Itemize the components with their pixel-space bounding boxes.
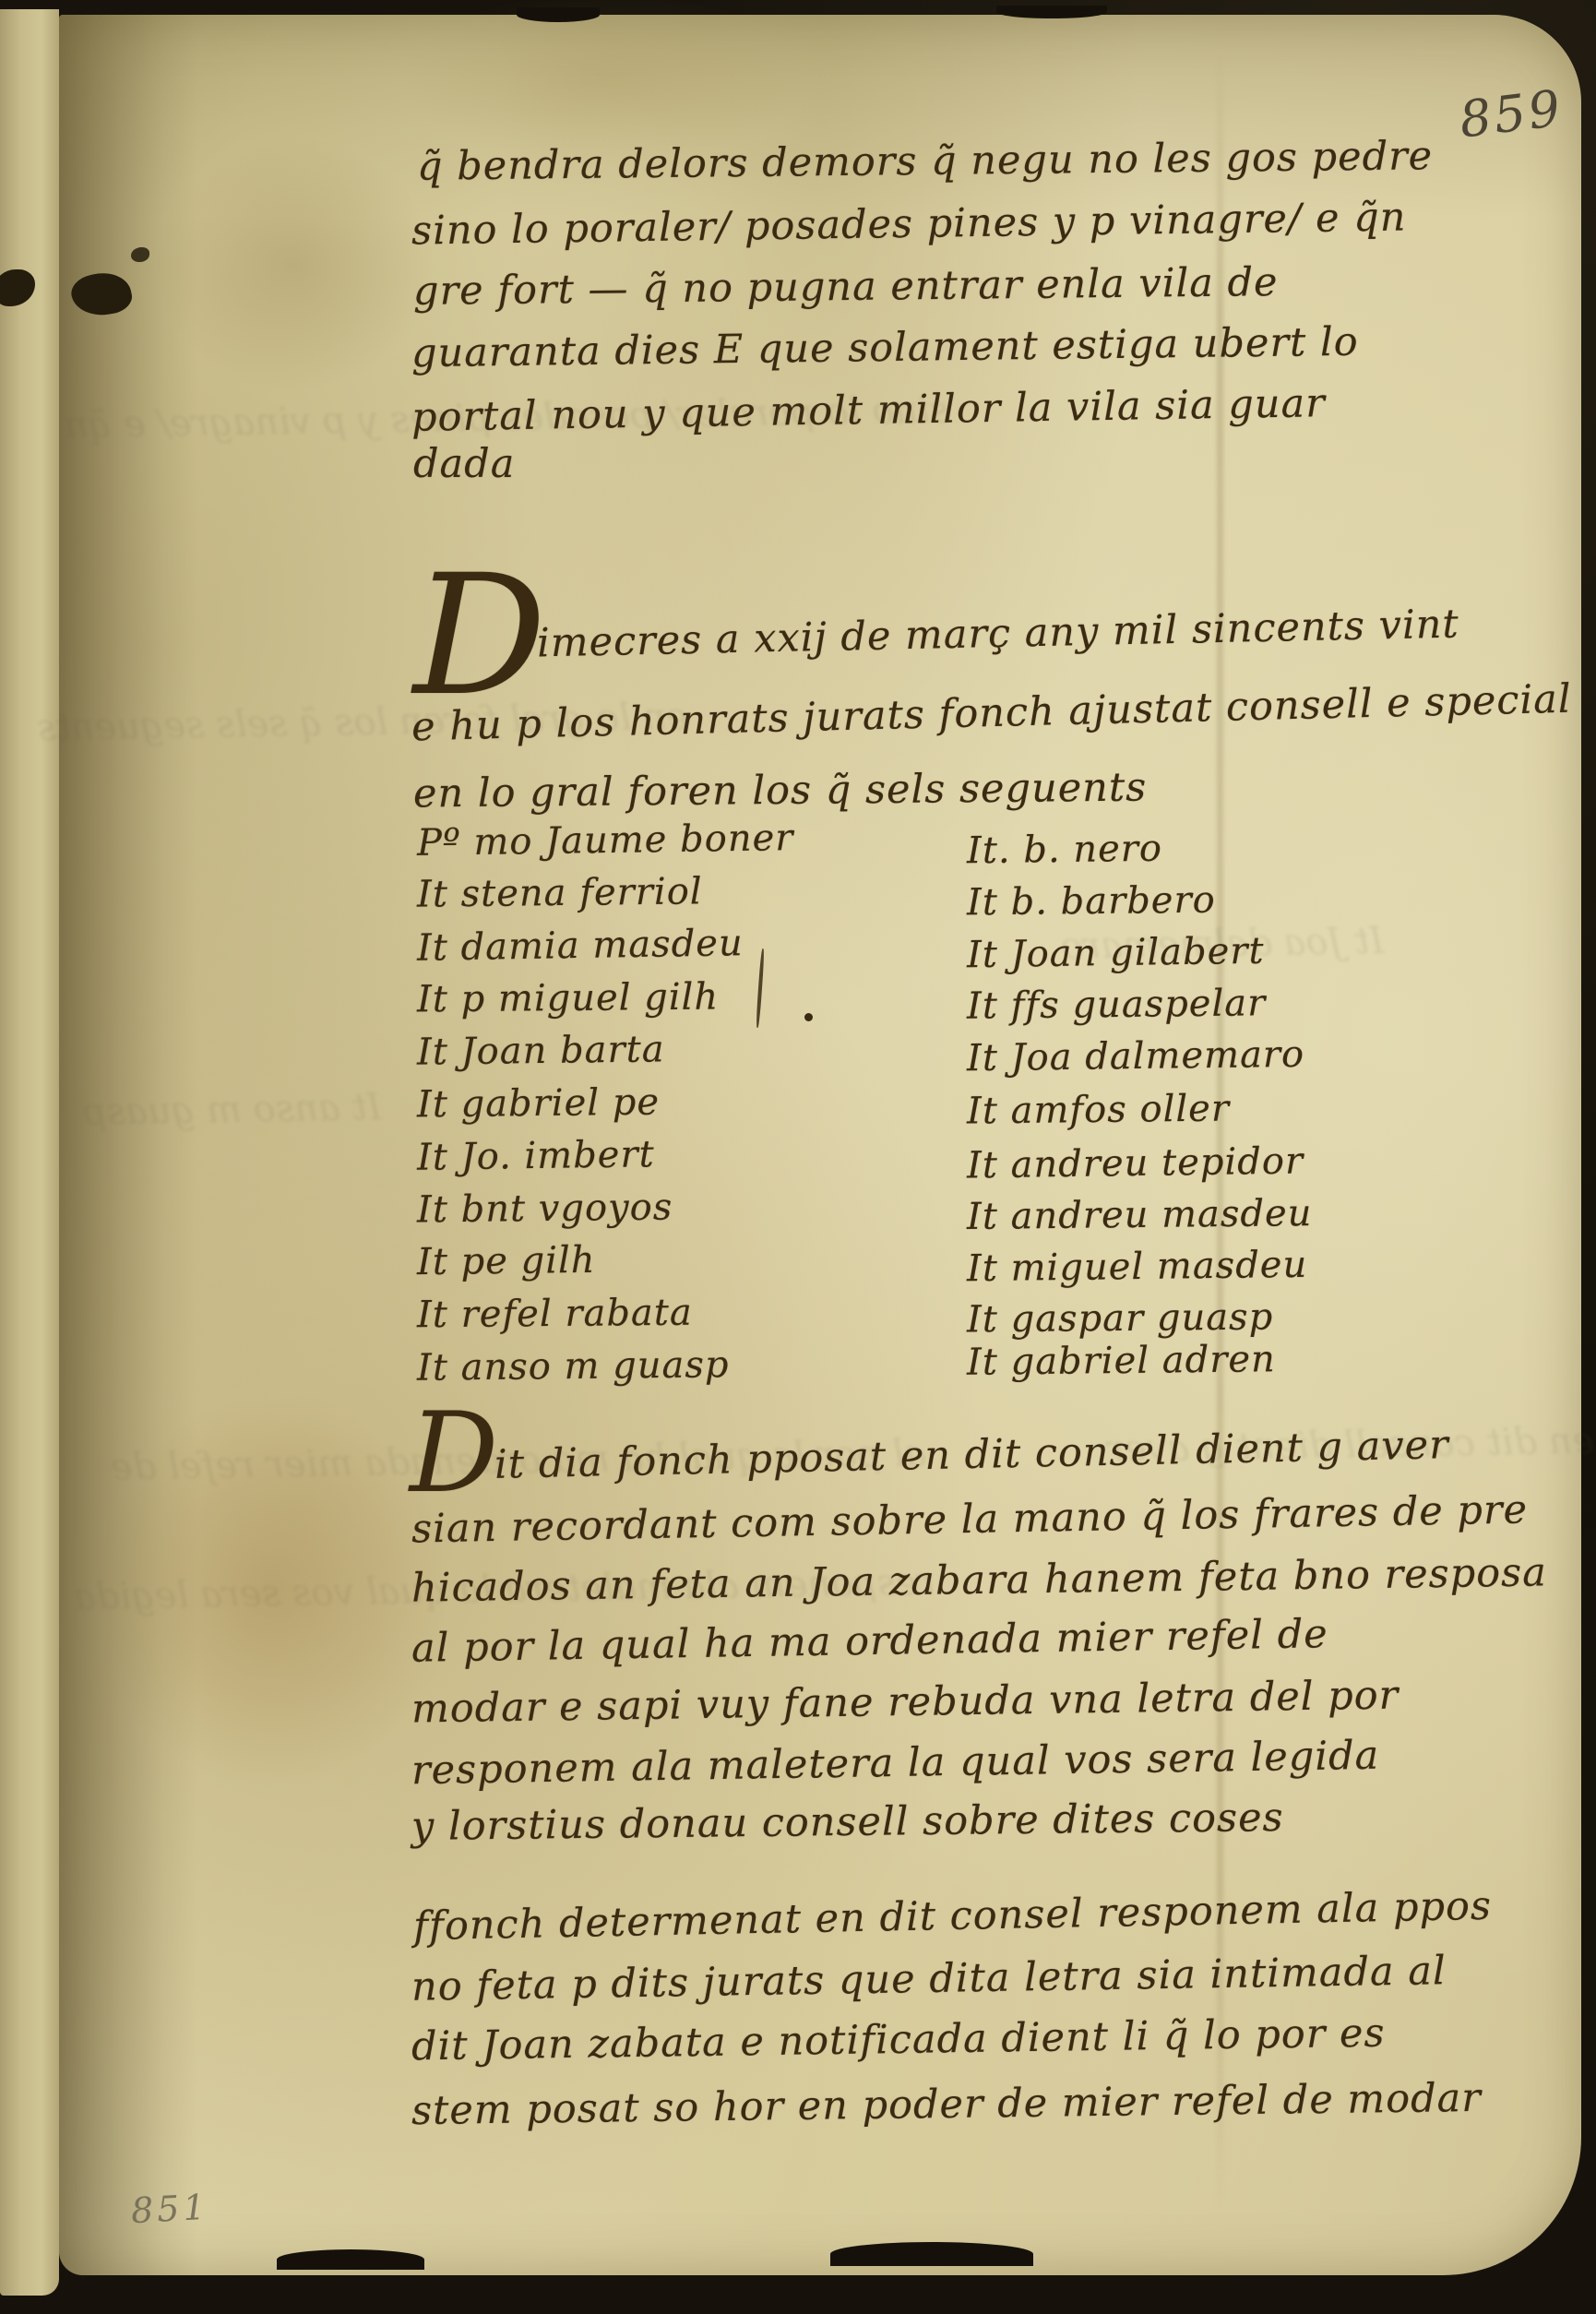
page-top-shading xyxy=(59,15,1581,218)
list-item: It p miguel gilh xyxy=(417,976,720,1021)
manuscript-line: dada xyxy=(413,441,515,487)
list-item: It anso m guasp xyxy=(417,1343,730,1390)
list-item: It Joan barta xyxy=(417,1028,665,1073)
list-item: It damia masdeu xyxy=(417,922,744,970)
list-item: Pº mo Jaume boner xyxy=(417,817,794,865)
stain xyxy=(1277,716,1517,1362)
previous-page-edge xyxy=(0,9,59,2296)
list-item: It Joan gilabert xyxy=(967,930,1265,976)
manuscript-line: y lorstius donau consell sobre dites cos… xyxy=(411,1795,1284,1850)
punctuation-dot xyxy=(804,1013,813,1021)
list-item: It stena ferriol xyxy=(417,870,703,915)
torn-edge-notch xyxy=(517,7,600,22)
list-item: It miguel masdeu xyxy=(967,1244,1308,1291)
list-item: It bnt vgoyos xyxy=(417,1187,673,1232)
list-item: It gaspar guasp xyxy=(967,1296,1274,1342)
list-item: It ffs guaspelar xyxy=(967,982,1267,1027)
scanned-manuscript-screenshot: { "page": { "folio_top_right": "859", "f… xyxy=(0,0,1596,2314)
list-item: It andreu masdeu xyxy=(967,1192,1313,1238)
list-item: It b. barbero xyxy=(967,879,1216,924)
vertical-fold-line xyxy=(1217,52,1223,2211)
torn-edge-notch xyxy=(996,6,1107,18)
folio-number-bottom: 851 xyxy=(130,2187,210,2231)
list-item: It amfos oller xyxy=(967,1088,1230,1133)
list-item: It gabriel pe xyxy=(417,1081,660,1127)
list-item: It andreu tepidor xyxy=(967,1139,1304,1187)
manuscript-line: en lo gral foren los q̃ sels seguents xyxy=(413,765,1148,817)
list-item: It. b. nero xyxy=(967,828,1163,873)
list-item: It refel rabata xyxy=(417,1292,693,1337)
list-item: It gabriel adren xyxy=(967,1338,1276,1384)
list-item: It Joa dalmemaro xyxy=(967,1033,1305,1079)
torn-edge-notch xyxy=(277,2249,424,2270)
list-item: It pe gilh xyxy=(417,1239,596,1283)
binding-gutter-shadow xyxy=(59,15,197,2275)
list-item: It Jo. imbert xyxy=(417,1133,655,1179)
torn-edge-notch xyxy=(830,2242,1033,2266)
bleedthrough-text: It anso m guasp xyxy=(83,1086,382,1134)
initial-capital: D xyxy=(410,1410,499,1498)
initial-capital: D xyxy=(413,570,547,703)
manuscript-line: gre fort — q̃ no pugna entrar enla vila … xyxy=(413,259,1279,315)
